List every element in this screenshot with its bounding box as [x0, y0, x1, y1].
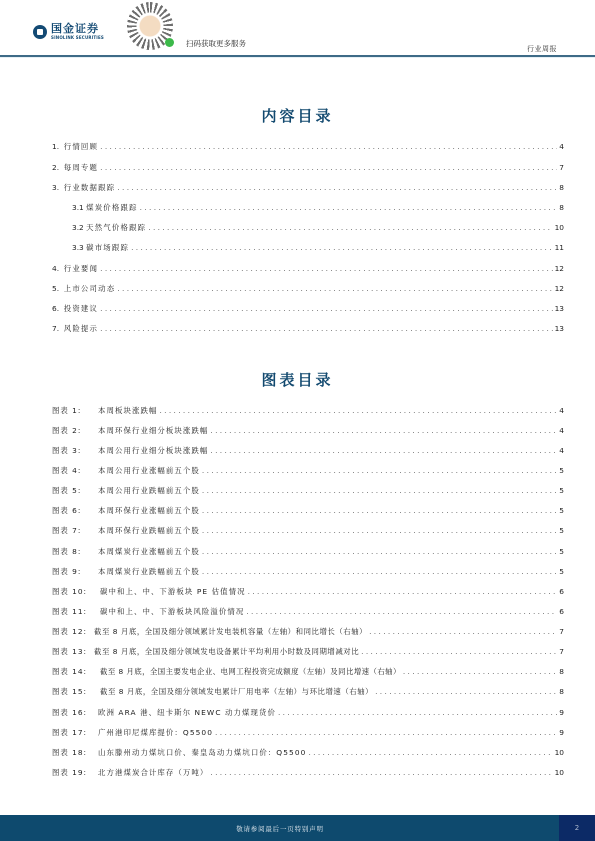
figure-item-number: 图表 2:	[52, 425, 98, 437]
figure-item-number: 图表 19:	[52, 767, 98, 779]
figure-item-number: 图表 16:	[52, 707, 98, 719]
toc-item-number: 3.1	[72, 202, 86, 214]
figure-item[interactable]: 图表 6: 本周环保行业涨幅前五个股 5	[52, 505, 564, 517]
figure-item-label: 广州港印尼煤库提价：Q5500	[98, 727, 213, 739]
toc-item-label: 行业要闻	[64, 263, 98, 275]
toc-leader-dots	[361, 646, 557, 658]
toc-item-label: 上市公司动态	[64, 283, 116, 295]
toc-leader-dots	[117, 182, 557, 194]
toc-item-page: 13	[555, 323, 564, 335]
figure-item[interactable]: 图表 11: 碳中和上、中、下游板块风险溢价情况 6	[52, 606, 564, 618]
toc-item[interactable]: 5. 上市公司动态 12	[52, 283, 564, 295]
figure-item-page: 6	[559, 606, 564, 618]
figure-item[interactable]: 图表 16: 欧洲 ARA 港、纽卡斯尔 NEWC 动力煤现货价 9	[52, 707, 564, 719]
toc-item[interactable]: 6. 投资建议 13	[52, 303, 564, 315]
figure-item-label: 截至 8 月底，全国主要发电企业、电网工程投资完成额度（左轴）及同比增速（右轴）	[100, 666, 401, 678]
figure-item-label: 本周煤炭行业涨幅前五个股	[98, 546, 200, 558]
toc-leader-dots	[131, 242, 553, 254]
toc-leader-dots	[369, 626, 557, 638]
toc-item-page: 10	[555, 222, 564, 234]
figure-item-page: 7	[559, 646, 564, 658]
figure-item-page: 5	[559, 525, 564, 537]
toc-item-label: 行情回顾	[64, 141, 98, 153]
figure-item-label: 本周公用行业涨幅前五个股	[98, 465, 200, 477]
report-type-label: 行业周报	[527, 44, 557, 54]
toc-item-label: 每周专题	[64, 162, 98, 174]
toc-item-page: 7	[559, 162, 564, 174]
toc-leader-dots	[100, 323, 552, 335]
toc-item-number: 3.2	[72, 222, 86, 234]
figure-item-label: 山东滕州动力煤坑口价、秦皇岛动力煤坑口价：Q5500	[98, 747, 306, 759]
toc-leader-dots	[100, 141, 557, 153]
figure-item-number: 图表 9:	[52, 566, 98, 578]
toc-item[interactable]: 3. 行业数据跟踪 8	[52, 182, 564, 194]
toc-leader-dots	[202, 485, 557, 497]
figure-item-page: 10	[555, 747, 564, 759]
figure-item-page: 6	[559, 586, 564, 598]
toc-leader-dots	[210, 445, 557, 457]
figure-item-label: 欧洲 ARA 港、纽卡斯尔 NEWC 动力煤现货价	[98, 707, 276, 719]
toc-leader-dots	[202, 505, 557, 517]
figure-item-number: 图表 4:	[52, 465, 98, 477]
figure-item[interactable]: 图表 5: 本周公用行业跌幅前五个股 5	[52, 485, 564, 497]
figure-item-label: 截至 8 月底，全国及细分领域发电累计厂用电率（左轴）与环比增速（右轴）	[100, 686, 373, 698]
toc-leader-dots	[100, 303, 552, 315]
toc-subitem[interactable]: 3.3 碳市场跟踪 11	[72, 242, 564, 254]
toc-item-number: 2.	[52, 162, 64, 174]
toc-item-label: 投资建议	[64, 303, 98, 315]
figure-item-page: 8	[559, 666, 564, 678]
figure-item-label: 本周煤炭行业跌幅前五个股	[98, 566, 200, 578]
figure-item-number: 图表 18:	[52, 747, 98, 759]
toc-item[interactable]: 4. 行业要闻 12	[52, 263, 564, 275]
logo-chinese-name: 国金证券	[51, 23, 104, 34]
figure-item[interactable]: 图表 15: 截至 8 月底，全国及细分领域发电累计厂用电率（左轴）与环比增速（…	[52, 686, 564, 698]
figure-item-page: 5	[559, 566, 564, 578]
figure-item-label: 本周公用行业细分板块涨跌幅	[98, 445, 208, 457]
toc-item-label: 行业数据跟踪	[64, 182, 116, 194]
toc-leader-dots	[117, 283, 552, 295]
header-divider-shadow	[0, 57, 595, 58]
figure-item-number: 图表 13:	[52, 646, 94, 658]
figure-item-number: 图表 6:	[52, 505, 98, 517]
figure-item-label: 北方港煤炭合计库存（万吨）	[98, 767, 208, 779]
disclaimer-note: 敬请参阅最后一页特别声明	[0, 824, 560, 833]
toc-item[interactable]: 1. 行情回顾 4	[52, 141, 564, 153]
figure-item-label: 截至 8 月底，全国及细分领域发电设备累计平均利用小时数及同期增减对比	[94, 646, 359, 658]
toc-item-page: 12	[555, 263, 564, 275]
toc-leader-dots	[248, 586, 558, 598]
figure-item-page: 8	[559, 686, 564, 698]
toc-leader-dots	[202, 525, 557, 537]
toc-leader-dots	[403, 666, 557, 678]
figure-item-number: 图表 1:	[52, 405, 98, 417]
figure-item-label: 本周板块涨跌幅	[98, 405, 157, 417]
toc-leader-dots	[202, 566, 557, 578]
toc-item-number: 7.	[52, 323, 64, 335]
figure-item[interactable]: 图表 13: 截至 8 月底，全国及细分领域发电设备累计平均利用小时数及同期增减…	[52, 646, 564, 658]
figure-item-label: 截至 8 月底，全国及细分领域累计发电装机容量（左轴）和同比增长（右轴）	[94, 626, 367, 638]
toc-item-label: 碳市场跟踪	[86, 242, 129, 254]
toc-subitem[interactable]: 3.2 天然气价格跟踪 10	[72, 222, 564, 234]
figure-item[interactable]: 图表 1: 本周板块涨跌幅 4	[52, 405, 564, 417]
figure-item-number: 图表 11:	[52, 606, 100, 618]
figure-item[interactable]: 图表 12: 截至 8 月底，全国及细分领域累计发电装机容量（左轴）和同比增长（…	[52, 626, 564, 638]
figure-item[interactable]: 图表 3: 本周公用行业细分板块涨跌幅 4	[52, 445, 564, 457]
figure-item-label: 碳中和上、中、下游板块 PE 估值情况	[100, 586, 246, 598]
figure-item-page: 4	[559, 405, 564, 417]
figure-item-page: 10	[555, 767, 564, 779]
toc-leader-dots	[202, 546, 557, 558]
page-header: 国金证券 SINOLINK SECURITIES 扫码获取更多服务 行业周报	[0, 0, 595, 56]
figure-item[interactable]: 图表 4: 本周公用行业涨幅前五个股 5	[52, 465, 564, 477]
toc-subitem[interactable]: 3.1 煤炭价格跟踪 8	[72, 202, 564, 214]
toc-leader-dots	[202, 465, 557, 477]
figure-item-page: 9	[559, 727, 564, 739]
figure-item-number: 图表 5:	[52, 485, 98, 497]
toc-item-number: 5.	[52, 283, 64, 295]
figure-item[interactable]: 图表 7: 本周环保行业跌幅前五个股 5	[52, 525, 564, 537]
figure-item[interactable]: 图表 19: 北方港煤炭合计库存（万吨） 10	[52, 767, 564, 779]
toc-item-number: 4.	[52, 263, 64, 275]
wechat-badge-icon	[165, 38, 174, 47]
figure-item-page: 5	[559, 505, 564, 517]
page-number: 2	[559, 815, 595, 841]
figure-item-label: 本周环保行业细分板块涨跌幅	[98, 425, 208, 437]
toc-leader-dots	[210, 767, 552, 779]
figure-item-number: 图表 7:	[52, 525, 98, 537]
figure-item-label: 碳中和上、中、下游板块风险溢价情况	[100, 606, 244, 618]
figure-item[interactable]: 图表 9: 本周煤炭行业跌幅前五个股 5	[52, 566, 564, 578]
toc-leader-dots	[148, 222, 552, 234]
qr-caption: 扫码获取更多服务	[186, 38, 246, 49]
figure-item[interactable]: 图表 18: 山东滕州动力煤坑口价、秦皇岛动力煤坑口价：Q5500 10	[52, 747, 564, 759]
toc-item-page: 8	[559, 202, 564, 214]
figure-item-label: 本周环保行业涨幅前五个股	[98, 505, 200, 517]
logo-english-name: SINOLINK SECURITIES	[51, 36, 104, 40]
toc-leader-dots	[246, 606, 557, 618]
toc-item-number: 3.	[52, 182, 64, 194]
figure-item-number: 图表 15:	[52, 686, 100, 698]
figure-item-number: 图表 8:	[52, 546, 98, 558]
toc-leader-dots	[375, 686, 557, 698]
figure-item[interactable]: 图表 10: 碳中和上、中、下游板块 PE 估值情况 6	[52, 586, 564, 598]
figure-item-number: 图表 14:	[52, 666, 100, 678]
company-logo: 国金证券 SINOLINK SECURITIES	[33, 23, 104, 40]
toc-item-label: 煤炭价格跟踪	[86, 202, 138, 214]
toc-item-number: 1.	[52, 141, 64, 153]
toc-item-page: 11	[555, 242, 564, 254]
toc-item[interactable]: 2. 每周专题 7	[52, 162, 564, 174]
toc-item[interactable]: 7. 风险提示 13	[52, 323, 564, 335]
toc-title: 内容目录	[0, 105, 595, 126]
figure-item-number: 图表 10:	[52, 586, 100, 598]
page-footer: 敬请参阅最后一页特别声明 2	[0, 815, 595, 841]
toc-leader-dots	[100, 263, 552, 275]
figure-item-number: 图表 12:	[52, 626, 94, 638]
toc-leader-dots	[159, 405, 557, 417]
figure-item-page: 9	[559, 707, 564, 719]
figure-item[interactable]: 图表 8: 本周煤炭行业涨幅前五个股 5	[52, 546, 564, 558]
figure-item-page: 5	[559, 485, 564, 497]
figure-item[interactable]: 图表 14: 截至 8 月底，全国主要发电企业、电网工程投资完成额度（左轴）及同…	[52, 666, 564, 678]
toc-leader-dots	[278, 707, 557, 719]
toc-item-page: 4	[559, 141, 564, 153]
toc-item-label: 天然气价格跟踪	[86, 222, 146, 234]
figure-item-label: 本周环保行业跌幅前五个股	[98, 525, 200, 537]
figure-item-number: 图表 17:	[52, 727, 98, 739]
toc-item-page: 12	[555, 283, 564, 295]
toc-item-number: 6.	[52, 303, 64, 315]
figure-item-number: 图表 3:	[52, 445, 98, 457]
toc-item-page: 13	[555, 303, 564, 315]
toc-leader-dots	[210, 425, 557, 437]
figure-item-page: 7	[559, 626, 564, 638]
figure-item-page: 4	[559, 445, 564, 457]
toc-leader-dots	[308, 747, 552, 759]
figure-item[interactable]: 图表 17: 广州港印尼煤库提价：Q5500 9	[52, 727, 564, 739]
toc-leader-dots	[215, 727, 557, 739]
figures-title: 图表目录	[0, 369, 595, 390]
figure-item-page: 5	[559, 465, 564, 477]
figure-item-label: 本周公用行业跌幅前五个股	[98, 485, 200, 497]
figure-item-page: 4	[559, 425, 564, 437]
toc-item-page: 8	[559, 182, 564, 194]
logo-mark-icon	[33, 25, 47, 39]
toc-leader-dots	[100, 162, 557, 174]
toc-item-label: 风险提示	[64, 323, 98, 335]
figure-item-page: 5	[559, 546, 564, 558]
figure-item[interactable]: 图表 2: 本周环保行业细分板块涨跌幅 4	[52, 425, 564, 437]
toc-item-number: 3.3	[72, 242, 86, 254]
toc-leader-dots	[140, 202, 558, 214]
